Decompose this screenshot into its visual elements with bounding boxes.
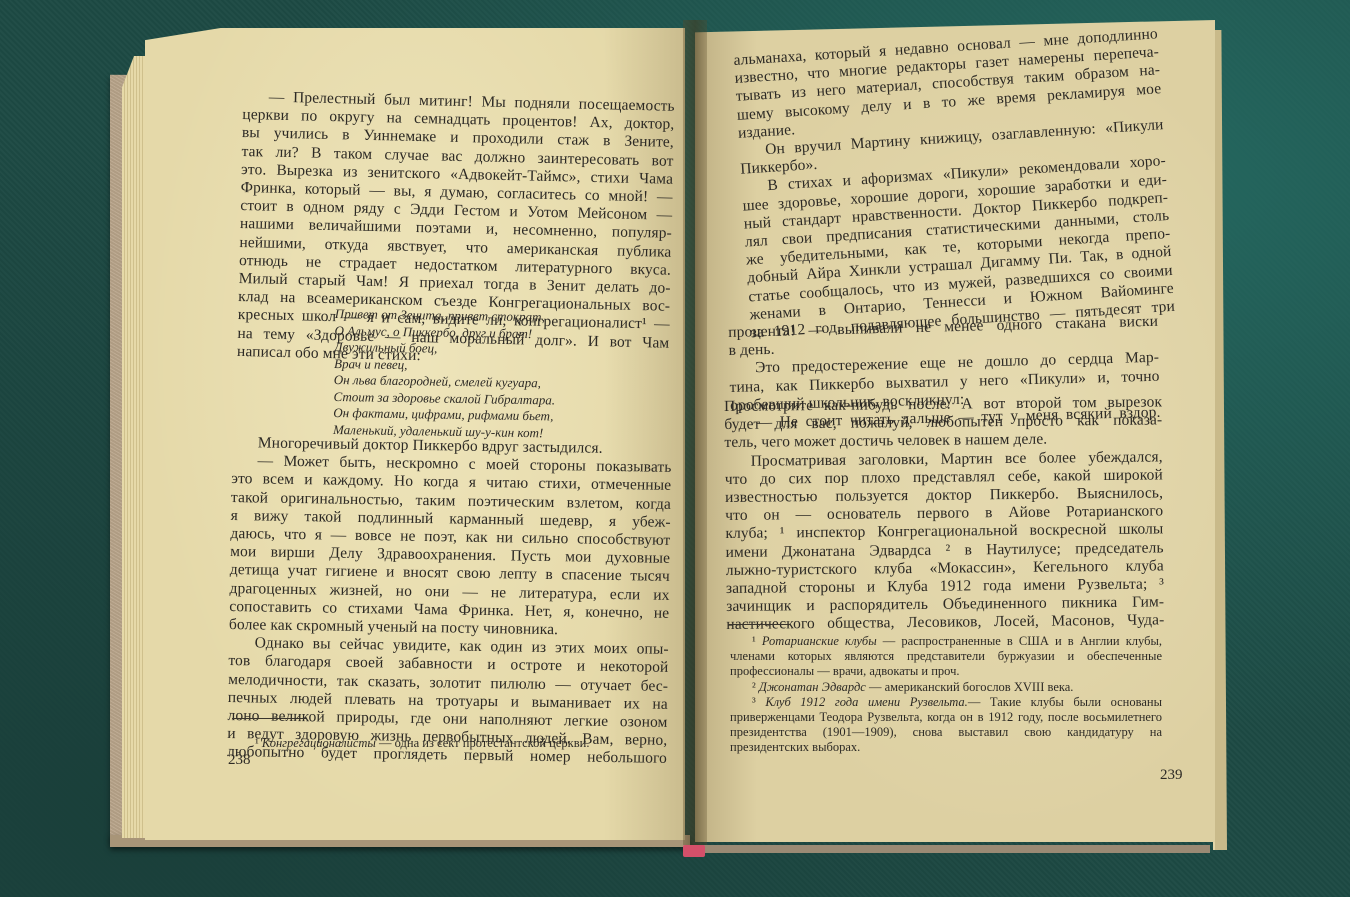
- footnote-text: — американский богослов XVIII века.: [866, 680, 1074, 694]
- poem-block: Привет от Зенита, привет стократ, О Альм…: [333, 306, 557, 441]
- footnote-term: Джонатан Эдвардс: [759, 680, 866, 694]
- footnote-mark: ²: [752, 680, 756, 694]
- bookmark-ribbon: [683, 845, 705, 857]
- footnote-rule-right: [728, 624, 790, 625]
- footnote-text: — одна из сект протестантской церкви.: [376, 736, 590, 750]
- footnote-left-1: ¹ Конгрегационалисты — одна из сект прот…: [255, 736, 675, 751]
- page-number-right: 239: [1160, 767, 1183, 784]
- footnote-term: Конгрегационалисты: [262, 736, 376, 750]
- footnote-rule-left: [232, 718, 306, 719]
- footnotes-right: ¹ Ротарианские клубы — распространенные …: [730, 634, 1162, 756]
- right-para-3: Просмотрите как-нибудь после. А вот втор…: [724, 393, 1164, 634]
- right-para-1: альманаха, который я недавно основал — м…: [733, 25, 1175, 342]
- footnote-mark: ¹: [752, 634, 756, 648]
- footnote-right-2: ² Джонатан Эдвардс — американский богосл…: [730, 680, 1162, 695]
- page-number-left: 238: [228, 752, 251, 769]
- footnote-right-1: ¹ Ротарианские клубы — распространенные …: [730, 634, 1162, 680]
- page-edges-right: [1213, 30, 1227, 850]
- footnote-mark: ¹: [255, 736, 259, 750]
- footnote-term: Ротарианские клубы: [762, 634, 877, 648]
- book-gutter: [683, 20, 707, 845]
- footnote-mark: ³: [752, 695, 756, 709]
- book-cover-bottom-right: [690, 845, 1210, 853]
- footnote-term: Клуб 1912 года имени Рузвельта.: [765, 695, 968, 709]
- footnote-right-3: ³ Клуб 1912 года имени Рузвельта.— Такие…: [730, 695, 1162, 756]
